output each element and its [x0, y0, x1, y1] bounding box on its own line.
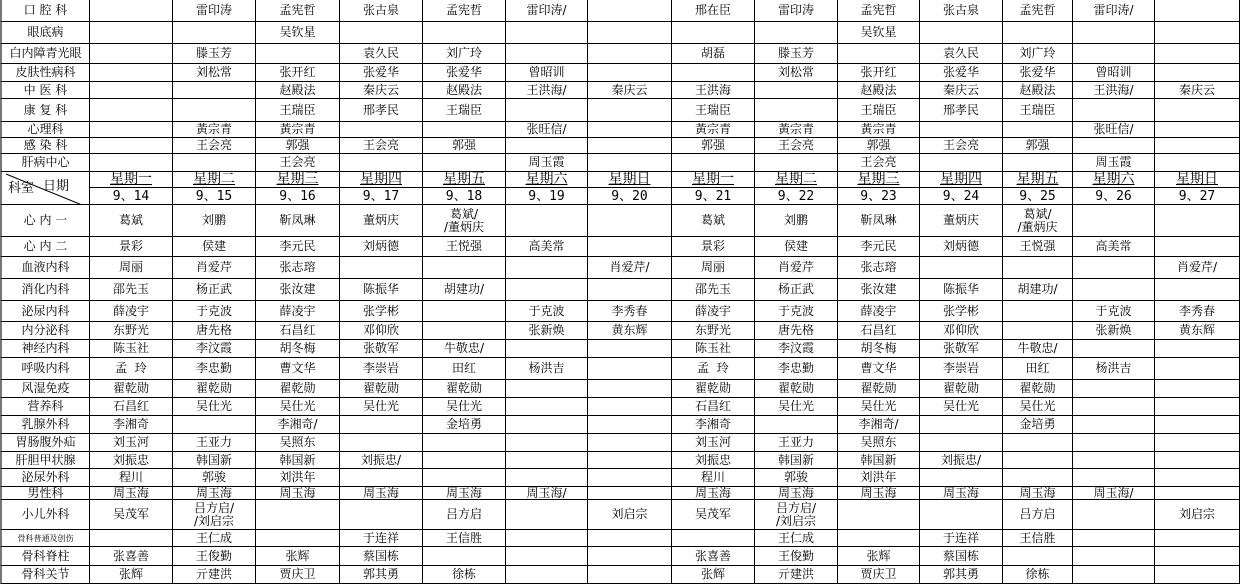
- doctor-cell: [90, 154, 173, 172]
- date-header: 9、21: [672, 188, 755, 205]
- doctor-cell: 张汝建: [838, 279, 920, 301]
- doctor-cell: [588, 469, 672, 487]
- doctor-cell: 周玉海/: [1073, 487, 1155, 500]
- department-label: 小儿外科: [0, 500, 90, 530]
- doctor-cell: 东野光: [90, 322, 173, 340]
- doctor-cell: 周玉海: [256, 487, 340, 500]
- doctor-cell: [1073, 22, 1155, 44]
- doctor-cell: [1155, 398, 1240, 416]
- doctor-cell: 秦庆云: [1155, 82, 1240, 99]
- doctor-cell: 徐栋: [423, 566, 506, 584]
- doctor-cell: [1073, 566, 1155, 584]
- doctor-cell: 赵殿法: [423, 82, 506, 99]
- doctor-cell: 孟宪哲: [1003, 0, 1073, 22]
- weekday-header: 星期四: [340, 172, 423, 188]
- doctor-cell: 牛敬忠/: [1003, 340, 1073, 358]
- department-axis-label: 科室: [8, 177, 34, 196]
- doctor-cell: 吕方启/ /刘启宗: [173, 500, 256, 530]
- doctor-cell: 郭强: [838, 138, 920, 154]
- doctor-cell: [755, 82, 838, 99]
- doctor-cell: [423, 547, 506, 566]
- doctor-cell: 蔡国栋: [920, 547, 1003, 566]
- doctor-cell: 翟乾勋: [755, 380, 838, 398]
- doctor-cell: 郭其勇: [920, 566, 1003, 584]
- doctor-cell: [1155, 237, 1240, 257]
- doctor-cell: 李元民: [838, 237, 920, 257]
- doctor-cell: 吴仕光: [340, 398, 423, 416]
- doctor-cell: [506, 205, 588, 237]
- doctor-cell: [506, 22, 588, 44]
- doctor-cell: 王亚力: [173, 434, 256, 452]
- doctor-cell: [920, 122, 1003, 138]
- department-label: 眼底病: [0, 22, 90, 44]
- doctor-cell: [1155, 340, 1240, 358]
- doctor-cell: 李元民: [256, 237, 340, 257]
- doctor-cell: [588, 452, 672, 469]
- doctor-cell: [588, 205, 672, 237]
- doctor-cell: [340, 500, 423, 530]
- doctor-cell: 韩国新: [838, 452, 920, 469]
- department-label: 骨科脊柱: [0, 547, 90, 566]
- department-label: 内分泌科: [0, 322, 90, 340]
- doctor-cell: 吴茂军: [90, 500, 173, 530]
- doctor-cell: 靳凤琳: [256, 205, 340, 237]
- department-label: 风湿免疫: [0, 380, 90, 398]
- doctor-cell: 东野光: [672, 322, 755, 340]
- doctor-cell: 刘鹏: [173, 205, 256, 237]
- doctor-cell: [506, 500, 588, 530]
- department-label: 口 腔 科: [0, 0, 90, 22]
- department-label: 心理科: [0, 122, 90, 138]
- department-label: 骨科关节: [0, 566, 90, 584]
- doctor-cell: [1155, 416, 1240, 434]
- doctor-cell: [506, 469, 588, 487]
- department-label: 心 内 一: [0, 205, 90, 237]
- doctor-cell: 田红: [1003, 358, 1073, 380]
- doctor-cell: 张志瑢: [256, 257, 340, 279]
- doctor-cell: 王俊勤: [173, 547, 256, 566]
- doctor-cell: 刘洪年: [838, 469, 920, 487]
- doctor-cell: [1073, 138, 1155, 154]
- doctor-cell: [588, 530, 672, 547]
- doctor-cell: 刘启宗: [1155, 500, 1240, 530]
- doctor-cell: 刘玉河: [672, 434, 755, 452]
- doctor-cell: 周玉海: [920, 487, 1003, 500]
- doctor-cell: 刘炳德: [340, 237, 423, 257]
- doctor-cell: 王仁成: [755, 530, 838, 547]
- doctor-cell: [588, 416, 672, 434]
- doctor-cell: 陈振华: [340, 279, 423, 301]
- doctor-cell: 赵殿法: [1003, 82, 1073, 99]
- doctor-cell: 翟乾勋: [1003, 380, 1073, 398]
- weekday-header: 星期二: [755, 172, 838, 188]
- department-label: 心 内 二: [0, 237, 90, 257]
- doctor-cell: [506, 340, 588, 358]
- doctor-cell: 薛凌宇: [672, 301, 755, 322]
- doctor-cell: 薛凌宇: [90, 301, 173, 322]
- doctor-cell: [1155, 452, 1240, 469]
- doctor-cell: 唐先格: [173, 322, 256, 340]
- doctor-cell: [588, 380, 672, 398]
- date-header: 9、27: [1155, 188, 1240, 205]
- doctor-cell: [588, 154, 672, 172]
- doctor-cell: 于克波: [506, 301, 588, 322]
- doctor-cell: [1155, 138, 1240, 154]
- doctor-cell: [1003, 547, 1073, 566]
- doctor-cell: 王会亮: [838, 154, 920, 172]
- doctor-cell: [173, 99, 256, 122]
- doctor-cell: 翟乾勋: [672, 380, 755, 398]
- doctor-cell: [90, 64, 173, 82]
- doctor-cell: 刘振忠/: [340, 452, 423, 469]
- doctor-cell: 周玉霞: [1073, 154, 1155, 172]
- doctor-cell: 邢在臣: [672, 0, 755, 22]
- doctor-cell: 周玉海: [173, 487, 256, 500]
- doctor-cell: [1073, 380, 1155, 398]
- doctor-cell: 王瑞臣: [423, 99, 506, 122]
- doctor-cell: [588, 64, 672, 82]
- department-label: 白内障青光眼: [0, 44, 90, 64]
- doctor-cell: [506, 547, 588, 566]
- doctor-cell: [588, 99, 672, 122]
- doctor-cell: 周玉海: [838, 487, 920, 500]
- date-header: 9、25: [1003, 188, 1073, 205]
- doctor-cell: 周玉海: [1003, 487, 1073, 500]
- department-label: 肝病中心: [0, 154, 90, 172]
- doctor-cell: [1073, 452, 1155, 469]
- weekday-header: 星期六: [1073, 172, 1155, 188]
- doctor-cell: [340, 469, 423, 487]
- doctor-cell: 于克波: [755, 301, 838, 322]
- doctor-cell: [423, 22, 506, 44]
- date-header: 9、18: [423, 188, 506, 205]
- doctor-cell: 郭强: [672, 138, 755, 154]
- doctor-cell: [1003, 322, 1073, 340]
- doctor-cell: 李崇岩: [340, 358, 423, 380]
- doctor-cell: 雷印涛: [755, 0, 838, 22]
- doctor-cell: [340, 154, 423, 172]
- doctor-cell: 葛斌/ /董炳庆: [1003, 205, 1073, 237]
- doctor-cell: [755, 154, 838, 172]
- doctor-cell: [1073, 257, 1155, 279]
- date-header: 9、14: [90, 188, 173, 205]
- doctor-cell: 赵殿法: [838, 82, 920, 99]
- doctor-cell: 黃宗青: [672, 122, 755, 138]
- doctor-cell: [672, 64, 755, 82]
- doctor-cell: [1155, 469, 1240, 487]
- doctor-cell: 王瑞臣: [1003, 99, 1073, 122]
- doctor-cell: [838, 44, 920, 64]
- doctor-cell: 邵先玉: [90, 279, 173, 301]
- doctor-cell: 葛斌: [672, 205, 755, 237]
- doctor-cell: 周玉海/: [506, 487, 588, 500]
- doctor-cell: [755, 416, 838, 434]
- department-label: 血液内科: [0, 257, 90, 279]
- doctor-cell: 翟乾勋: [173, 380, 256, 398]
- doctor-cell: 张辉: [90, 566, 173, 584]
- doctor-cell: [588, 434, 672, 452]
- doctor-cell: 刘松常: [173, 64, 256, 82]
- doctor-cell: 牛敬忠/: [423, 340, 506, 358]
- doctor-cell: 张爱华: [1003, 64, 1073, 82]
- doctor-cell: 郭骏: [755, 469, 838, 487]
- doctor-cell: 刘广玲: [423, 44, 506, 64]
- doctor-cell: 董炳庆: [920, 205, 1003, 237]
- doctor-cell: [423, 301, 506, 322]
- doctor-cell: [1073, 99, 1155, 122]
- doctor-cell: 高美常: [1073, 237, 1155, 257]
- doctor-cell: [588, 122, 672, 138]
- weekday-header: 星期三: [256, 172, 340, 188]
- doctor-cell: 杨正武: [755, 279, 838, 301]
- doctor-cell: 王信胜: [423, 530, 506, 547]
- doctor-cell: 翟乾勋: [256, 380, 340, 398]
- doctor-cell: 吕方启: [1003, 500, 1073, 530]
- doctor-cell: 滕玉芳: [173, 44, 256, 64]
- doctor-cell: [755, 99, 838, 122]
- doctor-cell: [506, 279, 588, 301]
- date-header: 9、19: [506, 188, 588, 205]
- doctor-cell: [90, 99, 173, 122]
- doctor-cell: [1073, 398, 1155, 416]
- doctor-cell: 刘启宗: [588, 500, 672, 530]
- doctor-cell: 张辉: [256, 547, 340, 566]
- doctor-cell: 张敬军: [340, 340, 423, 358]
- doctor-cell: [1155, 566, 1240, 584]
- doctor-cell: [1073, 340, 1155, 358]
- doctor-cell: 孟宪哲: [256, 0, 340, 22]
- doctor-cell: 张辉: [838, 547, 920, 566]
- doctor-cell: 杨洪吉: [1073, 358, 1155, 380]
- doctor-cell: 孟 玲: [672, 358, 755, 380]
- doctor-cell: 刘振忠: [90, 452, 173, 469]
- doctor-cell: 吕方启: [423, 500, 506, 530]
- doctor-cell: 李秀春: [1155, 301, 1240, 322]
- department-label: 骨科普通及创伤: [0, 530, 90, 547]
- doctor-cell: 周玉海: [755, 487, 838, 500]
- doctor-cell: 曾昭训: [1073, 64, 1155, 82]
- doctor-cell: [1155, 122, 1240, 138]
- doctor-cell: [423, 257, 506, 279]
- doctor-cell: [838, 530, 920, 547]
- weekday-header: 星期三: [838, 172, 920, 188]
- doctor-cell: 王会亮: [755, 138, 838, 154]
- doctor-cell: [90, 22, 173, 44]
- doctor-cell: 吴仕光: [423, 398, 506, 416]
- doctor-cell: [1155, 434, 1240, 452]
- doctor-cell: [1155, 487, 1240, 500]
- doctor-cell: [1003, 154, 1073, 172]
- doctor-cell: [1073, 416, 1155, 434]
- doctor-cell: 于克波: [173, 301, 256, 322]
- doctor-cell: 张古泉: [340, 0, 423, 22]
- doctor-cell: 亓建洪: [173, 566, 256, 584]
- weekday-header: 星期五: [423, 172, 506, 188]
- department-label: 乳腺外科: [0, 416, 90, 434]
- doctor-cell: 靳凤琳: [838, 205, 920, 237]
- doctor-cell: [1155, 99, 1240, 122]
- doctor-cell: 于连祥: [340, 530, 423, 547]
- doctor-cell: [256, 530, 340, 547]
- doctor-cell: [1073, 205, 1155, 237]
- doctor-cell: 李湘奇: [672, 416, 755, 434]
- doctor-cell: [506, 434, 588, 452]
- doctor-cell: [173, 416, 256, 434]
- doctor-cell: 周玉霞: [506, 154, 588, 172]
- doctor-cell: 张辉: [672, 566, 755, 584]
- doctor-cell: 张学彬: [920, 301, 1003, 322]
- doctor-cell: [1155, 547, 1240, 566]
- doctor-cell: 石昌红: [90, 398, 173, 416]
- doctor-cell: [1155, 205, 1240, 237]
- doctor-cell: [920, 257, 1003, 279]
- doctor-cell: 张新焕: [1073, 322, 1155, 340]
- doctor-cell: 周玉海: [423, 487, 506, 500]
- doctor-cell: 翟乾勋: [423, 380, 506, 398]
- doctor-cell: 吕方启/ /刘启宗: [755, 500, 838, 530]
- doctor-cell: [672, 22, 755, 44]
- doctor-cell: [920, 434, 1003, 452]
- doctor-cell: [423, 322, 506, 340]
- doctor-cell: 陈振华: [920, 279, 1003, 301]
- doctor-cell: [920, 22, 1003, 44]
- doctor-cell: [340, 22, 423, 44]
- weekday-header: 星期二: [173, 172, 256, 188]
- doctor-cell: [1155, 64, 1240, 82]
- doctor-cell: [1073, 279, 1155, 301]
- date-header: 9、16: [256, 188, 340, 205]
- doctor-cell: [1003, 301, 1073, 322]
- doctor-cell: 吴仕光: [256, 398, 340, 416]
- doctor-cell: [423, 452, 506, 469]
- doctor-cell: [838, 500, 920, 530]
- doctor-cell: 程川: [90, 469, 173, 487]
- doctor-cell: 张开红: [256, 64, 340, 82]
- doctor-cell: [1003, 22, 1073, 44]
- weekday-header: 星期五: [1003, 172, 1073, 188]
- doctor-cell: 雷印涛: [173, 0, 256, 22]
- doctor-cell: 张喜善: [90, 547, 173, 566]
- doctor-cell: 蔡国栋: [340, 547, 423, 566]
- doctor-cell: 张喜善: [672, 547, 755, 566]
- doctor-cell: [588, 358, 672, 380]
- doctor-cell: [588, 398, 672, 416]
- doctor-cell: 翟乾勋: [340, 380, 423, 398]
- doctor-cell: 李湘奇/: [838, 416, 920, 434]
- doctor-cell: 黃宗青: [838, 122, 920, 138]
- doctor-cell: 吴仕光: [755, 398, 838, 416]
- date-header: 9、20: [588, 188, 672, 205]
- doctor-cell: [90, 82, 173, 99]
- doctor-cell: 邵先玉: [672, 279, 755, 301]
- doctor-cell: [1003, 257, 1073, 279]
- doctor-cell: 郭其勇: [340, 566, 423, 584]
- doctor-cell: 翟乾勋: [838, 380, 920, 398]
- doctor-cell: 刘鹏: [755, 205, 838, 237]
- doctor-cell: 景彩: [90, 237, 173, 257]
- doctor-cell: [340, 416, 423, 434]
- doctor-cell: [1073, 530, 1155, 547]
- doctor-cell: 黃宗青: [173, 122, 256, 138]
- doctor-cell: 赵殿法: [256, 82, 340, 99]
- doctor-cell: 高美常: [506, 237, 588, 257]
- doctor-cell: 刘洪年: [256, 469, 340, 487]
- header-corner: 日期科室: [0, 172, 90, 205]
- doctor-cell: [506, 452, 588, 469]
- doctor-cell: 周玉海: [90, 487, 173, 500]
- doctor-cell: 张爱华: [423, 64, 506, 82]
- doctor-cell: 李汶霞: [755, 340, 838, 358]
- doctor-cell: 陈玉社: [672, 340, 755, 358]
- doctor-cell: 郭强: [423, 138, 506, 154]
- doctor-cell: 刘振忠: [672, 452, 755, 469]
- date-header: 9、26: [1073, 188, 1155, 205]
- doctor-cell: 李崇岩: [920, 358, 1003, 380]
- doctor-cell: [588, 44, 672, 64]
- doctor-cell: 袁久民: [340, 44, 423, 64]
- doctor-cell: 张爱华: [920, 64, 1003, 82]
- doctor-cell: 邓仰欣: [340, 322, 423, 340]
- department-label: 男性科: [0, 487, 90, 500]
- doctor-cell: [340, 434, 423, 452]
- doctor-cell: 石昌红: [256, 322, 340, 340]
- doctor-cell: 张爱华: [340, 64, 423, 82]
- department-label: 康 复 科: [0, 99, 90, 122]
- doctor-cell: 邢孝民: [340, 99, 423, 122]
- doctor-cell: 陈玉社: [90, 340, 173, 358]
- doctor-cell: 郭强: [1003, 138, 1073, 154]
- doctor-cell: 胡建功/: [1003, 279, 1073, 301]
- doctor-cell: 刘振忠/: [920, 452, 1003, 469]
- weekday-header: 星期四: [920, 172, 1003, 188]
- doctor-cell: [1073, 547, 1155, 566]
- department-label: 感 染 科: [0, 138, 90, 154]
- department-label: 消化内科: [0, 279, 90, 301]
- doctor-cell: 韩国新: [755, 452, 838, 469]
- doctor-cell: [588, 138, 672, 154]
- doctor-cell: [920, 469, 1003, 487]
- doctor-cell: 韩国新: [256, 452, 340, 469]
- date-header: 9、22: [755, 188, 838, 205]
- weekday-header: 星期日: [1155, 172, 1240, 188]
- doctor-cell: 金培勇: [1003, 416, 1073, 434]
- doctor-cell: 雷印涛/: [506, 0, 588, 22]
- doctor-cell: [1155, 358, 1240, 380]
- doctor-cell: 秦庆云: [588, 82, 672, 99]
- doctor-cell: [423, 434, 506, 452]
- doctor-cell: 邓仰欣: [920, 322, 1003, 340]
- date-header: 9、15: [173, 188, 256, 205]
- doctor-cell: [1155, 22, 1240, 44]
- doctor-cell: 郭强: [256, 138, 340, 154]
- doctor-cell: 肖爱芹: [173, 257, 256, 279]
- doctor-cell: 孟 玲: [90, 358, 173, 380]
- department-label: 肝胆甲状腺: [0, 452, 90, 469]
- doctor-cell: [256, 44, 340, 64]
- department-label: 皮肤性病科: [0, 64, 90, 82]
- doctor-cell: 吴仕光: [173, 398, 256, 416]
- doctor-cell: [506, 566, 588, 584]
- doctor-cell: 孟宪哲: [838, 0, 920, 22]
- doctor-cell: 李秀春: [588, 301, 672, 322]
- doctor-cell: 周玉海: [672, 487, 755, 500]
- doctor-cell: [1155, 0, 1240, 22]
- doctor-cell: 王会亮: [256, 154, 340, 172]
- doctor-cell: 翟乾勋: [90, 380, 173, 398]
- doctor-cell: 侯建: [173, 237, 256, 257]
- doctor-cell: 金培勇: [423, 416, 506, 434]
- doctor-cell: 张志瑢: [838, 257, 920, 279]
